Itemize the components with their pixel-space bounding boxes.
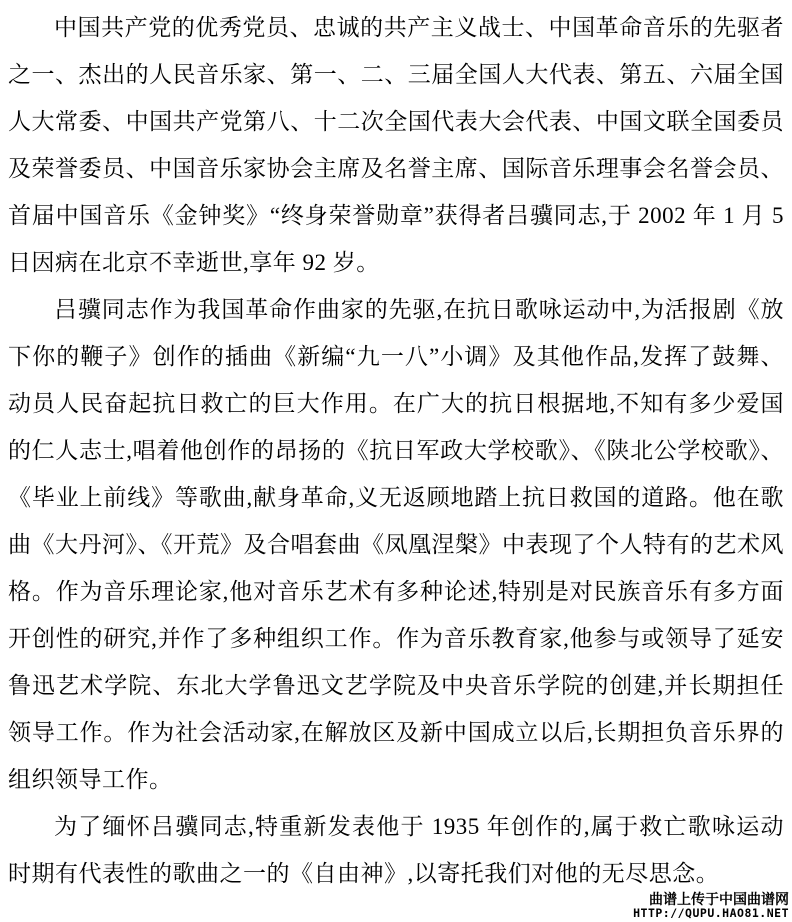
paragraph-biography: 吕骥同志作为我国革命作曲家的先驱,在抗日歌咏运动中,为活报剧《放下你的鞭子》创作… bbox=[8, 286, 784, 803]
site-credit-text: 曲谱上传于中国曲谱网 bbox=[633, 891, 789, 907]
site-url-text: HTTP://QUPU.HAO81.NET bbox=[633, 907, 789, 920]
paragraph-commemoration: 为了缅怀吕骥同志,特重新发表他于 1935 年创作的,属于救亡歌咏运动时期有代表… bbox=[8, 803, 784, 897]
watermark: 曲谱上传于中国曲谱网 HTTP://QUPU.HAO81.NET bbox=[633, 891, 789, 920]
document-page: 中国共产党的优秀党员、忠诚的共产主义战士、中国革命音乐的先驱者之一、杰出的人民音… bbox=[0, 0, 792, 922]
paragraph-obituary-intro: 中国共产党的优秀党员、忠诚的共产主义战士、中国革命音乐的先驱者之一、杰出的人民音… bbox=[8, 4, 784, 286]
